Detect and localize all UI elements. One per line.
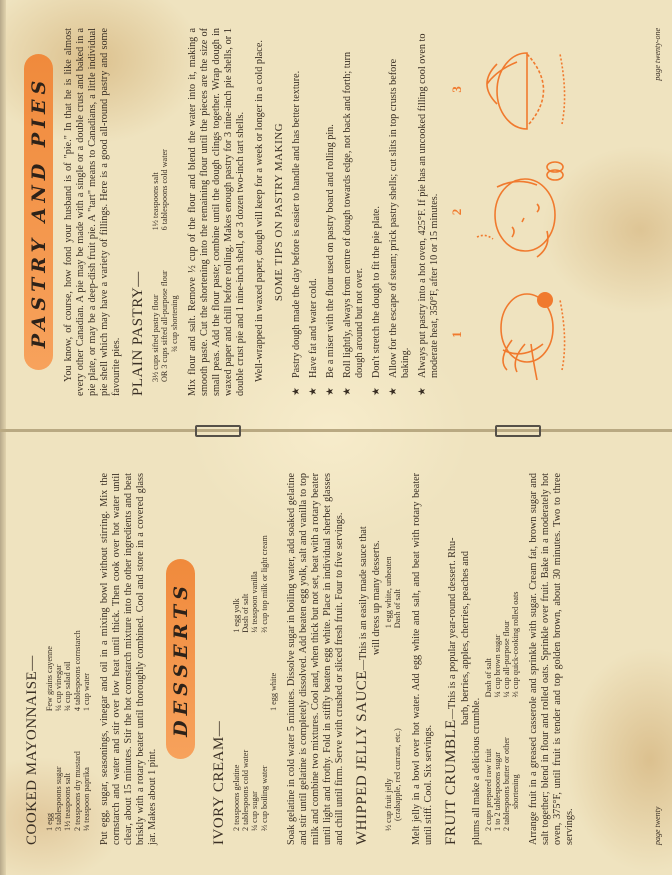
ingredient: ¼ cup vinegar <box>54 630 63 711</box>
illustration-step-1: 1 <box>449 280 577 390</box>
star-icon: ★ <box>325 387 337 396</box>
ingredient: ⅔ cup quick-cooking rolled oats <box>511 592 520 698</box>
ingredient: ¼ cup sugar <box>250 673 259 831</box>
ingredient: 1 egg <box>45 751 54 831</box>
ingredient: ⅛ teaspoon paprika <box>82 751 91 831</box>
ingredient: ¼ teaspoon vanilla <box>250 535 259 633</box>
ingredient: Few grains cayenne <box>45 630 54 711</box>
ingredient: (crabapple, red currant, etc.) <box>393 728 402 831</box>
ingredient: 1 cup water <box>82 630 91 711</box>
fruit-crumble-lead-3: plums all make a delicious crumble. <box>471 473 482 845</box>
fruit-crumble-lead: —This is a popular year-round dessert. R… <box>447 537 458 719</box>
pastry-intro: You know, of course, how fond your husba… <box>63 28 123 396</box>
plain-pastry-method: Mix flour and salt. Remove ½ cup of the … <box>187 28 247 396</box>
ingredient: Dash of salt <box>393 556 402 628</box>
ingredient: 4 tablespoons cornstarch <box>73 630 82 711</box>
ingredient: OR 3 cups sifted all-purpose flour <box>160 270 169 382</box>
ingredient: Dash of salt <box>484 592 493 698</box>
ingredient: 1 egg yolk <box>232 535 241 633</box>
tips-list: ★Pastry dough made the day before is eas… <box>291 28 441 396</box>
cooked-mayonnaise-title: COOKED MAYONNAISE— <box>24 473 41 845</box>
fruit-crumble-heading: FRUIT CRUMBLE—This is a popular year-rou… <box>442 473 482 845</box>
plain-pastry-ingredients: 3½ cups sifted pastry flour OR 3 cups si… <box>151 28 179 382</box>
tip-item: ★Allow for the escape of steam; prick pa… <box>388 28 412 396</box>
ingredient: Dash of salt <box>241 535 250 633</box>
star-icon: ★ <box>308 387 320 396</box>
tip-item: ★Don't stretch the dough to fit the pie … <box>371 28 383 396</box>
star-icon: ★ <box>342 387 354 396</box>
star-icon: ★ <box>417 387 429 396</box>
tips-title: SOME TIPS ON PASTRY MAKING <box>273 28 285 396</box>
tip-item: ★Always put pastry into a hot oven, 425°… <box>417 28 441 396</box>
fruit-crumble-lead-2: barb, berries, apples, cherries, peaches… <box>460 473 471 845</box>
lining-pie-plate-illustration-icon <box>467 157 577 267</box>
illustration-step-2: 2 <box>449 157 577 267</box>
star-icon: ★ <box>371 387 383 396</box>
fruit-crumble-method: Arrange fruit in a greased casserole and… <box>528 473 576 845</box>
ingredient: 1 egg white <box>269 673 278 831</box>
illustration-step-3: 3 <box>449 34 577 144</box>
pastry-illustrations: 1 2 <box>449 28 599 396</box>
ingredient: shortening <box>511 737 520 831</box>
ingredient: 2 tablespoons butter or other <box>502 737 511 831</box>
whipped-jelly-lead: —This is an easily made sauce that <box>358 526 369 670</box>
ingredient: 1 egg white, unbeaten <box>384 556 393 628</box>
whipped-jelly-heading: WHIPPED JELLY SAUCE—This is an easily ma… <box>353 473 382 845</box>
plain-pastry-storage: Well-wrapped in waxed paper, dough will … <box>254 28 266 396</box>
mayonnaise-ingredients: 1 egg 3 tablespoons sugar 1½ teaspoons s… <box>45 473 91 831</box>
ingredient: 2 teaspoons dry mustard <box>73 751 82 831</box>
ingredient: 1½ teaspoons salt <box>63 751 72 831</box>
ingredient: 2 teaspoons gelatine <box>232 673 241 831</box>
tip-item: ★Have fat and water cold. <box>308 28 320 396</box>
ingredient: 6 tablespoons cold water <box>160 149 169 230</box>
ingredient: ⅔ cup boiling water <box>260 673 269 831</box>
ingredient: ⅔ cup top milk or light cream <box>260 535 269 633</box>
ingredient: ¾ cup salad oil <box>63 630 72 711</box>
whipped-jelly-title: WHIPPED JELLY SAUCE <box>354 670 370 845</box>
ivory-cream-title: IVORY CREAM— <box>211 473 228 845</box>
tip-item: ★Be a miser with the flour used on pastr… <box>325 28 337 396</box>
ingredient: 2 cups prepared raw fruit <box>484 737 493 831</box>
ivory-cream-method: Soak gelatine in cold water 5 minutes. D… <box>286 473 346 845</box>
page-number-twenty: page twenty <box>653 807 662 845</box>
page-twenty: COOKED MAYONNAISE— 1 egg 3 tablespoons s… <box>0 443 672 875</box>
ingredient: 1½ teaspoons salt <box>151 149 160 230</box>
crimping-pie-edge-illustration-icon <box>467 34 577 144</box>
ingredient: 3 tablespoons sugar <box>54 751 63 831</box>
desserts-banner: DESSERTS <box>166 559 195 759</box>
whipped-jelly-lead-2: will dress up many desserts. <box>371 473 382 845</box>
star-icon: ★ <box>388 387 400 396</box>
plain-pastry-title: PLAIN PASTRY— <box>130 28 147 396</box>
mayonnaise-method: Put egg, sugar, seasonings, vinegar and … <box>99 473 159 845</box>
page-number-twenty-one: page twenty-one <box>653 28 662 81</box>
whipped-jelly-method: Melt jelly in a bowl over hot water. Add… <box>411 473 435 845</box>
page-twenty-one: PASTRY AND PIES You know, of course, how… <box>0 0 672 430</box>
ingredient: ½ cup fruit jelly <box>384 728 393 831</box>
ingredient: ¼ cup all-purpose flour <box>502 592 511 698</box>
ingredient: 3½ cups sifted pastry flour <box>151 270 160 382</box>
tip-item: ★Roll lightly, always from centre of dou… <box>342 28 366 396</box>
ingredient: ¾ cup shortening <box>170 270 179 382</box>
ingredient: ¼ cup brown sugar <box>493 592 502 698</box>
pastry-and-pies-banner: PASTRY AND PIES <box>24 54 53 370</box>
rolling-dough-illustration-icon <box>467 280 577 390</box>
tip-item: ★Pastry dough made the day before is eas… <box>291 28 303 396</box>
ivory-cream-ingredients: 2 teaspoons gelatine 2 tablespoons cold … <box>232 473 278 831</box>
whipped-jelly-ingredients: ½ cup fruit jelly (crabapple, red curran… <box>384 473 402 831</box>
fruit-crumble-ingredients: 2 cups prepared raw fruit 1 to 2 tablesp… <box>484 473 521 831</box>
booklet-spread: PASTRY AND PIES You know, of course, how… <box>0 0 672 875</box>
ingredient: 1 to 2 tablespoons sugar <box>493 737 502 831</box>
star-icon: ★ <box>291 387 303 396</box>
fruit-crumble-title: FRUIT CRUMBLE <box>443 719 459 845</box>
ingredient: 2 tablespoons cold water <box>241 673 250 831</box>
